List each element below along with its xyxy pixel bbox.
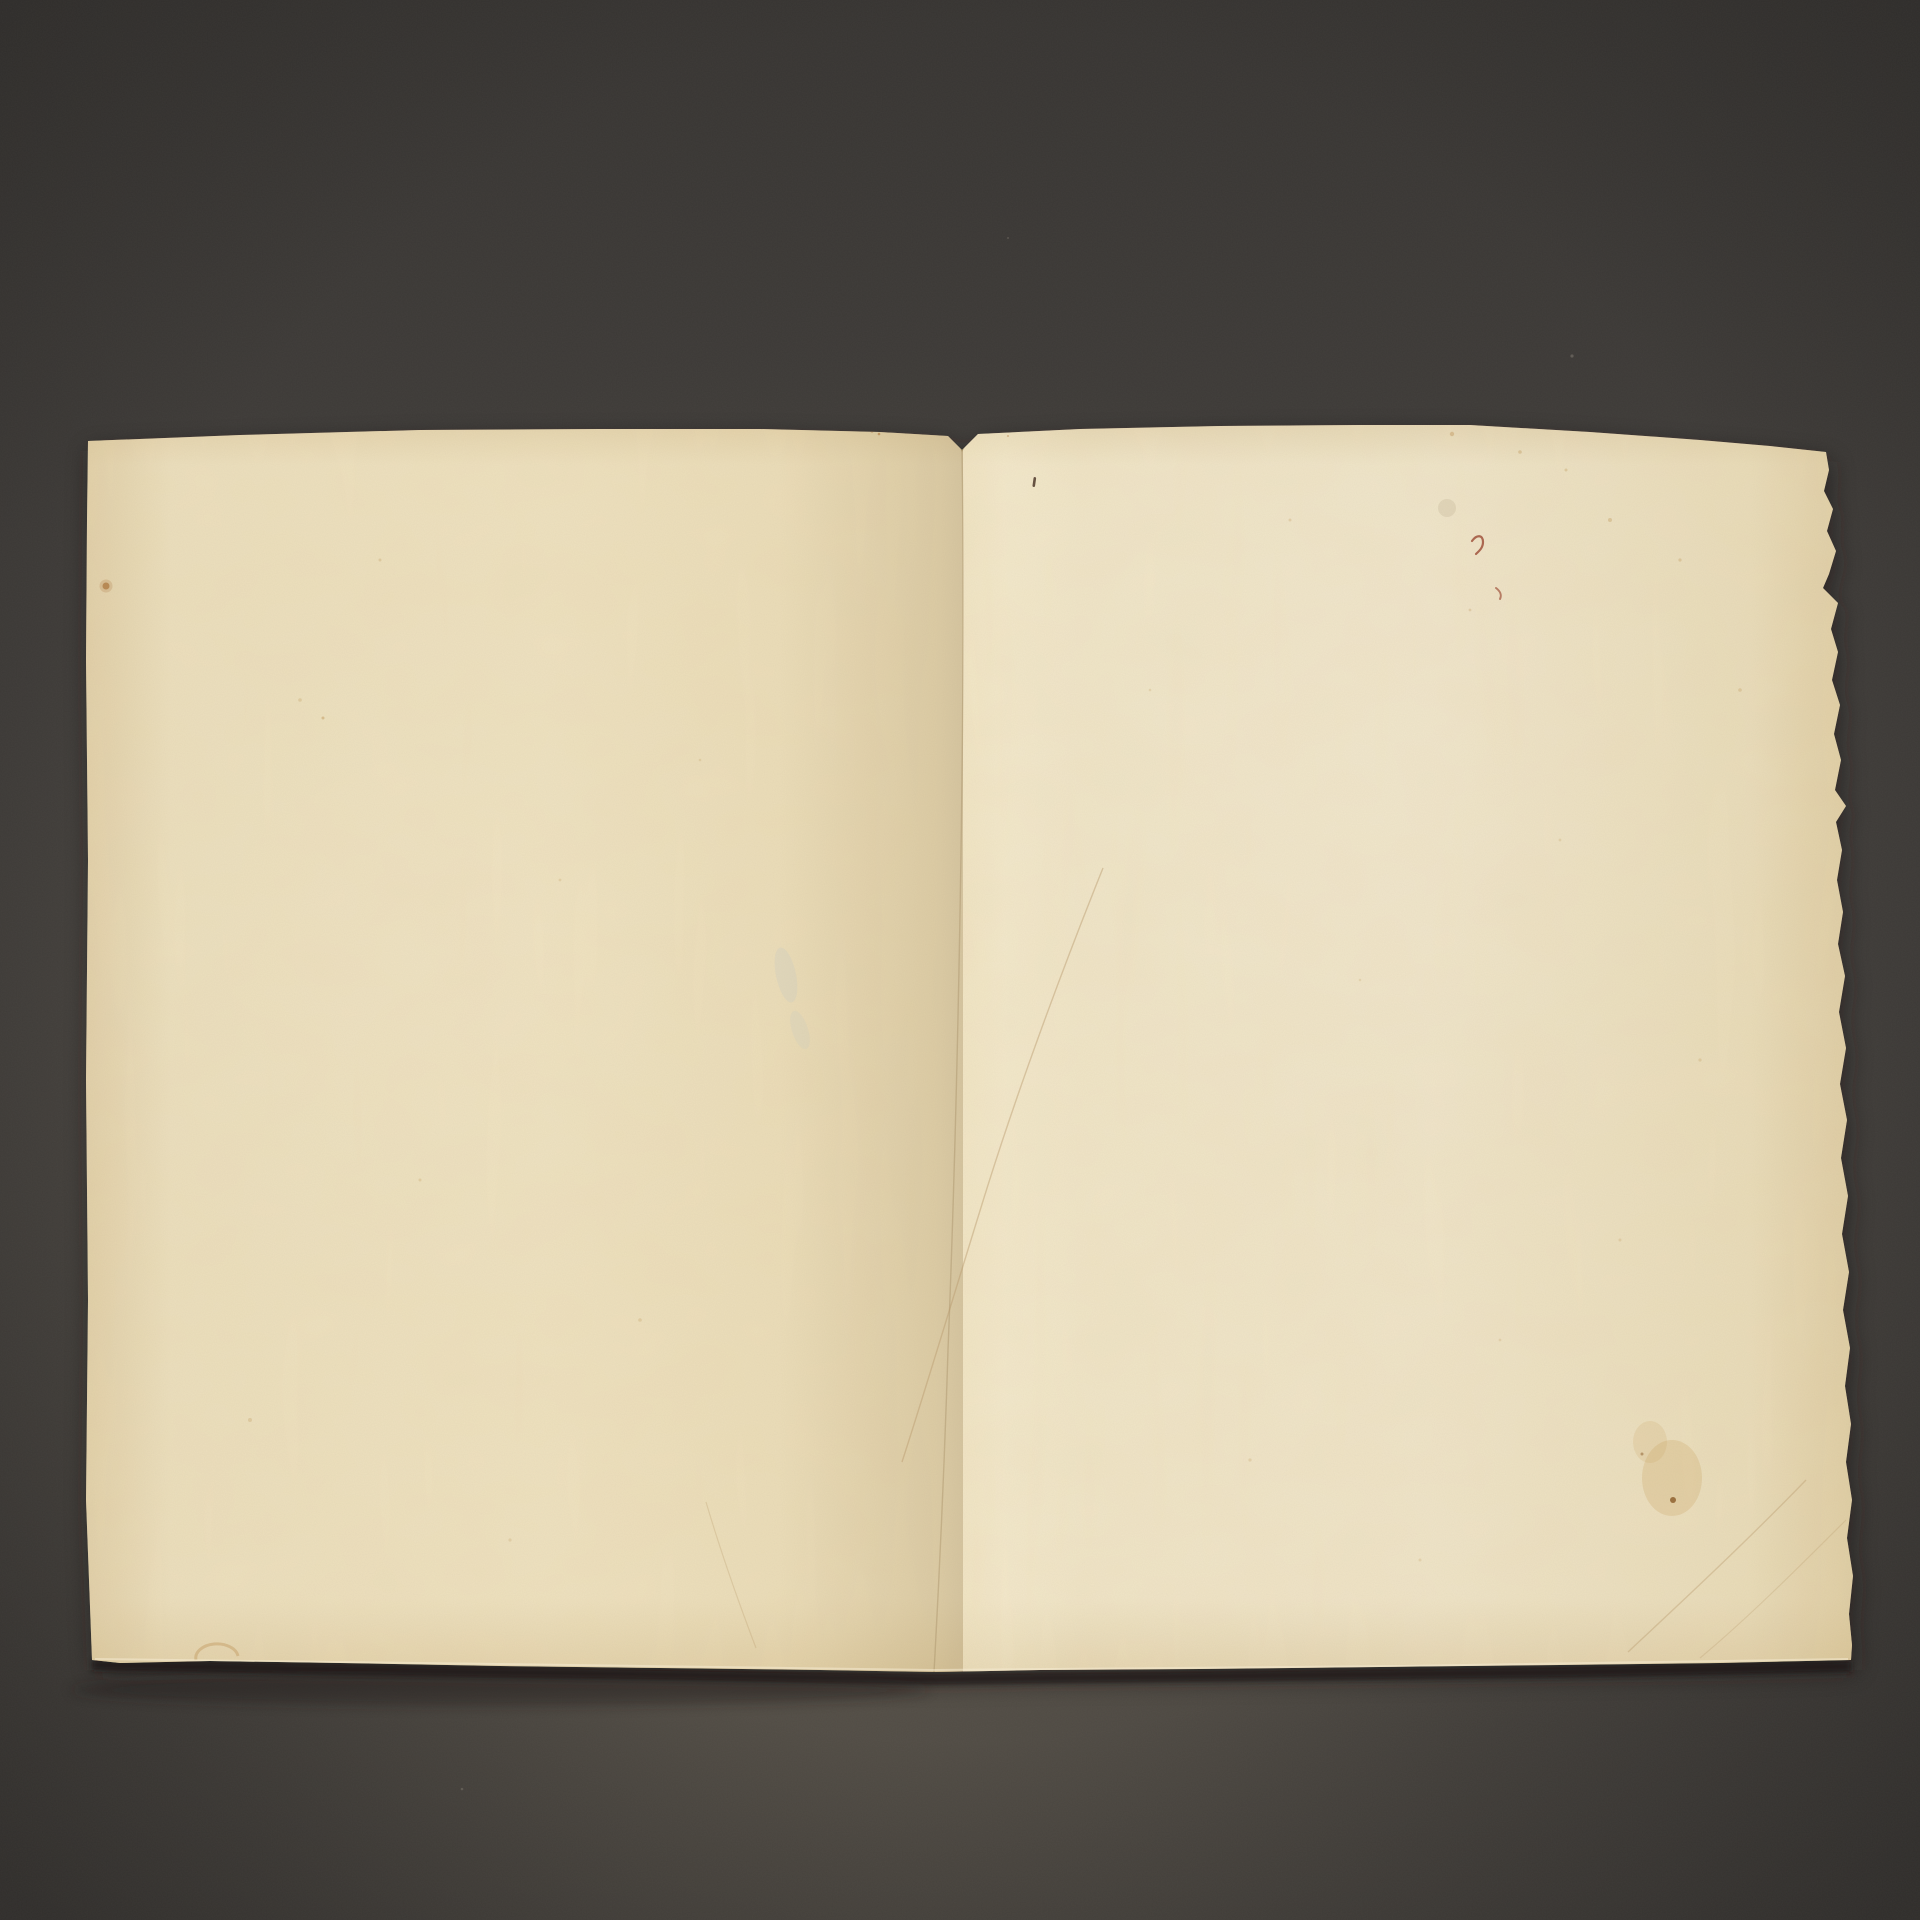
foxing-speck — [1518, 450, 1522, 454]
foxing-speck — [1359, 979, 1362, 982]
brown-spot — [103, 583, 110, 590]
stain-dot — [1641, 1453, 1644, 1456]
foxing-speck — [1469, 609, 1472, 612]
foxing-speck — [508, 1538, 511, 1541]
dust-speck — [1570, 354, 1573, 357]
foxing-speck — [419, 1179, 422, 1182]
paper-grain-texture — [60, 400, 1880, 1700]
foxing-speck — [1619, 1239, 1622, 1242]
folded-blank-card — [60, 400, 1880, 1700]
foxing-speck — [1419, 1559, 1422, 1562]
foxing-speck — [1248, 1458, 1251, 1461]
foxing-speck — [1289, 519, 1292, 522]
foxing-speck — [1007, 435, 1009, 437]
foxing-speck — [699, 759, 702, 762]
foxing-speck — [878, 433, 881, 436]
dust-speck — [1007, 237, 1009, 239]
card-bottom-shadow-blob — [70, 1674, 930, 1706]
foxing-speck — [322, 717, 325, 720]
foxing-speck — [1698, 1058, 1701, 1061]
stain-dot — [1670, 1497, 1676, 1503]
foxing-speck — [1499, 1339, 1502, 1342]
foxing-speck — [1738, 688, 1742, 692]
photo-of-blank-folded-card — [0, 0, 1920, 1920]
photo-stage: Blank opened bifold paper card photograp… — [0, 0, 1920, 1920]
foxing-speck — [1678, 558, 1681, 561]
card-surface-detail — [60, 400, 1880, 1700]
foxing-speck — [298, 698, 302, 702]
foxing-speck — [1450, 432, 1454, 436]
gray-smudge — [1438, 499, 1456, 517]
foxing-speck — [638, 1318, 642, 1322]
foxing-speck — [1149, 689, 1152, 692]
foxing-speck — [248, 1418, 252, 1422]
stain-blotch — [1633, 1421, 1667, 1463]
dust-speck — [461, 1788, 464, 1791]
foxing-speck — [559, 879, 562, 882]
foxing-speck — [379, 559, 382, 562]
foxing-speck — [1559, 839, 1562, 842]
foxing-speck — [1565, 469, 1568, 472]
foxing-speck — [1608, 518, 1612, 522]
